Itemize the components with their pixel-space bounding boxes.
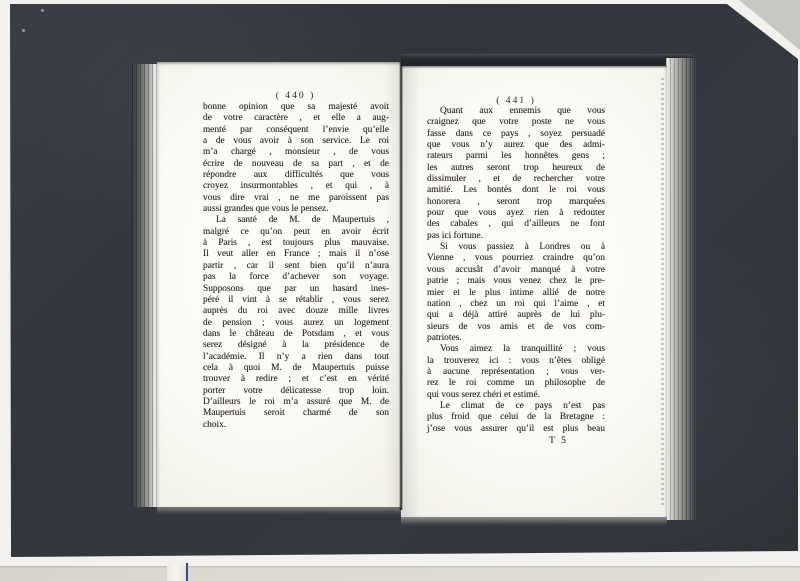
text-line: dissimuler , et de rechercher votre [427, 174, 605, 185]
text-line: menté par conséquent l’envie qu’elle [203, 125, 389, 136]
text-line: Supposons que par un hasard ines- [203, 284, 389, 295]
text-line: La santé de M. de Maupertuis , [203, 215, 389, 226]
scan-canvas: { "colors": { "mat": "#31353c", "page": … [0, 0, 800, 581]
text-line: Si vous passiez à Londres ou à [427, 242, 605, 253]
text-line: trouver à redire ; et c’est en vérité [203, 374, 389, 385]
text-line: amitié. Les bontés dont le roi vous [427, 185, 605, 196]
text-line: m’a chargé , monsieur , de vous [203, 147, 389, 158]
text-line: pas ici fortune. [427, 231, 605, 242]
text-line: rateurs parmi les honnêtes gens ; [427, 151, 605, 162]
text-line: de pension ; vous aurez un logement [203, 318, 389, 329]
text-line: à Paris , est toujours plus mauvaise. [203, 238, 389, 249]
text-line: patrie ; mais vous venez chez le pre- [427, 276, 605, 287]
text-line: dans le château de Potsdam , et vous [203, 329, 389, 340]
text-line: de votre caractère , et elle a aug- [203, 113, 389, 124]
text-line: répondre aux difficultés que vous [203, 170, 389, 181]
text-line: à aucune représentation ; vous ver- [427, 367, 605, 378]
text-line: plus froid que celui de la Bretagne : [427, 412, 605, 423]
dust-speck [22, 29, 25, 32]
text-line: qui a déjà attiré auprès de lui plu- [427, 310, 605, 321]
gutter-line [399, 62, 403, 510]
scanner-bed-strip [0, 566, 800, 581]
text-line: Maupertuis seroit charmé de son [203, 408, 389, 419]
text-line: mier et le plus intime allié de notre [427, 288, 605, 299]
text-line: honorera , seront trop marquées [427, 197, 605, 208]
text-line: choix. [203, 420, 389, 431]
text-line: la trouverez ici : vous n’êtes obligé [427, 356, 605, 367]
dust-speck [41, 9, 44, 12]
text-line: Le climat de ce pays n’est pas [427, 401, 605, 412]
text-line: pas la force d’achever son voyage. [203, 272, 389, 283]
text-line: serez désigné à la présidence de [203, 340, 389, 351]
page-left-text: bonne opinion que sa majesté avoitde vot… [203, 102, 389, 431]
paper-edge-gap [167, 565, 186, 581]
text-line: j’ose vous assurer qu’il est plus beau [427, 424, 605, 435]
page-number-right: ( 441 ) [427, 95, 605, 106]
text-line: Quant aux ennemis que vous [427, 106, 605, 117]
text-line: cela à quoi M. de Maupertuis puisse [203, 363, 389, 374]
right-fore-edge [666, 58, 696, 520]
left-fore-edge [132, 64, 158, 507]
page-right-bottom-shadow [401, 517, 667, 526]
text-line: pour que vous ayez rien à redouter [427, 208, 605, 219]
text-line: des cabales , qui d’ailleurs ne font [427, 219, 605, 230]
text-line: Il veut aller en France ; mais il n’ose [203, 249, 389, 260]
gutter-shadow-right [402, 66, 420, 517]
text-line: malgré ce qu’on peut en avoir écrit [203, 227, 389, 238]
text-line: péré il vint à se rétablir , vous serez [203, 295, 389, 306]
text-line: nation , chez un roi qui l’aime , et [427, 299, 605, 310]
text-line: Vienne , vous pourriez craindre qu’on [427, 253, 605, 264]
text-line: sieurs de vos amis et de vos com- [427, 322, 605, 333]
page-right-text: Quant aux ennemis que vouscraignez que v… [427, 106, 605, 446]
text-line: que vous n’y aurez que des admi- [427, 140, 605, 151]
text-line: qui vous serez chéri et estimé. [427, 390, 605, 401]
text-line: D’ailleurs le roi m’a assuré que M. de [203, 397, 389, 408]
text-line: craignez que votre poste ne vous [427, 117, 605, 128]
text-line: partir , car il sent bien qu’il n’aura [203, 261, 389, 272]
text-line: Vous aimez la tranquillité ; vous [427, 344, 605, 355]
text-line: écrire de nouveau de sa part , et de [203, 159, 389, 170]
text-line: l’académie. Il n’y a rien dans tout [203, 352, 389, 363]
blue-edge-line [186, 563, 188, 581]
text-line: patriotes. [427, 333, 605, 344]
text-line: bonne opinion que sa majesté avoit [203, 102, 389, 113]
text-line: rez le roi comme un philosophe de [427, 378, 605, 389]
text-line: porter votre délicatesse trop loin. [203, 386, 389, 397]
text-line: les autres seront trop heureux de [427, 163, 605, 174]
text-line: auprès du roi avec douze mille livres [203, 306, 389, 317]
page-edge-print-through [661, 78, 664, 508]
page-number-left: ( 440 ) [203, 90, 388, 101]
page-left-bottom-shadow [157, 507, 401, 515]
text-line: vous dire vrai , ne me paroissent pas [203, 193, 389, 204]
text-line: vous accusât d’avoir manqué à votre [427, 265, 605, 276]
text-line: fasse dans ce pays , soyez persuadé [427, 129, 605, 140]
text-line: a de vous avoir à son service. Le roi [203, 136, 389, 147]
text-line: croyez insurmontables , et qui , à [203, 181, 389, 192]
signature-mark: T 5 [427, 435, 605, 446]
text-line: aussi grandes que vous le pensez. [203, 204, 389, 215]
